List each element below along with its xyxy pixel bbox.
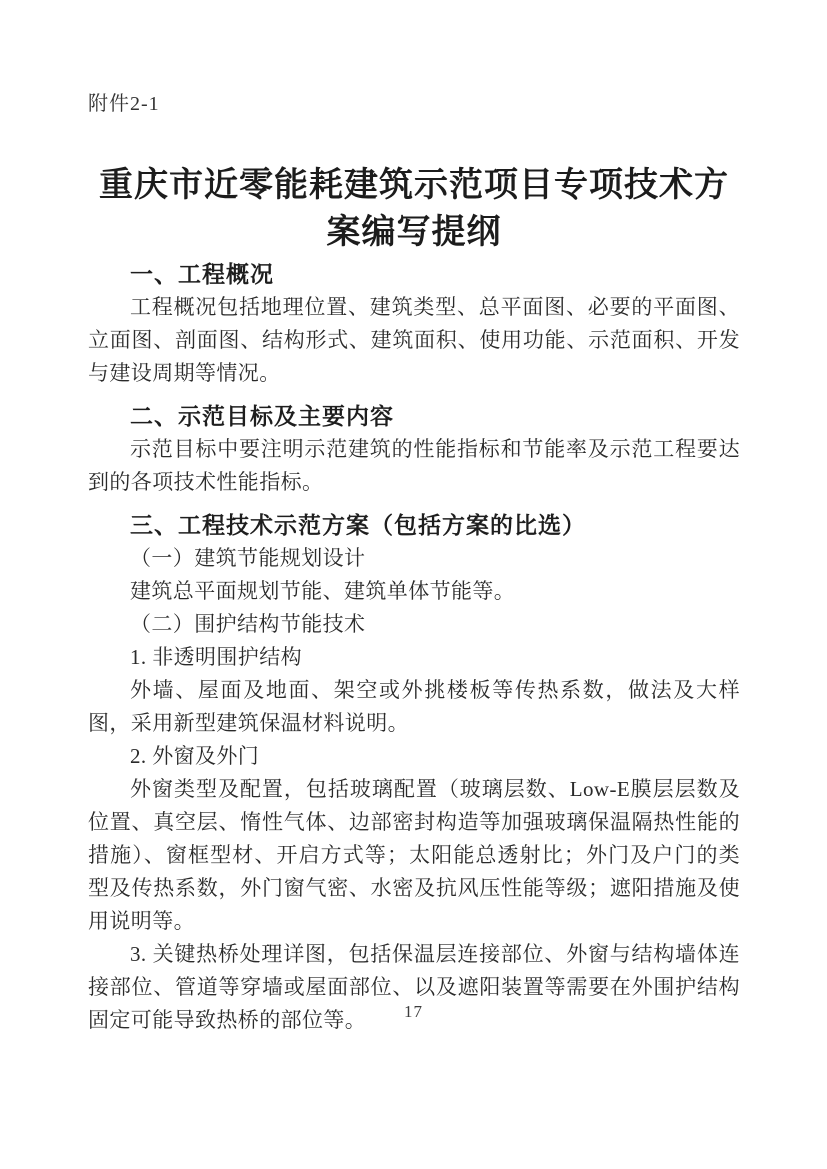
section-1-paragraph: 工程概况包括地理位置、建筑类型、总平面图、必要的平面图、立面图、剖面图、结构形式… [88, 291, 740, 390]
subsection-1-title: （一）建筑节能规划设计 [88, 542, 740, 575]
section-2-paragraph: 示范目标中要注明示范建筑的性能指标和节能率及示范工程要达到的各项技术性能指标。 [88, 433, 740, 499]
section-heading-2: 二、示范目标及主要内容 [88, 400, 740, 433]
item-2-paragraph: 外窗类型及配置，包括玻璃配置（玻璃层数、Low-E膜层层数及位置、真空层、惰性气… [88, 773, 740, 938]
page-number: 17 [0, 1002, 827, 1022]
item-3-paragraph: 3. 关键热桥处理详图，包括保温层连接部位、外窗与结构墙体连接部位、管道等穿墙或… [88, 938, 740, 1037]
item-1-paragraph: 外墙、屋面及地面、架空或外挑楼板等传热系数，做法及大样图，采用新型建筑保温材料说… [88, 674, 740, 740]
section-heading-1: 一、工程概况 [88, 258, 740, 291]
document-title-line-2: 案编写提纲 [88, 209, 740, 256]
document-title-line-1: 重庆市近零能耗建筑示范项目专项技术方 [88, 162, 740, 209]
section-heading-3: 三、工程技术示范方案（包括方案的比选） [88, 509, 740, 542]
item-1-title: 1. 非透明围护结构 [88, 641, 740, 674]
subsection-2-title: （二）围护结构节能技术 [88, 608, 740, 641]
document-page: 附件2-1 重庆市近零能耗建筑示范项目专项技术方 案编写提纲 一、工程概况 工程… [0, 0, 827, 1169]
subsection-1-paragraph: 建筑总平面规划节能、建筑单体节能等。 [88, 575, 740, 608]
item-2-title: 2. 外窗及外门 [88, 740, 740, 773]
attachment-label: 附件2-1 [88, 0, 740, 116]
document-title: 重庆市近零能耗建筑示范项目专项技术方 案编写提纲 [88, 162, 740, 256]
